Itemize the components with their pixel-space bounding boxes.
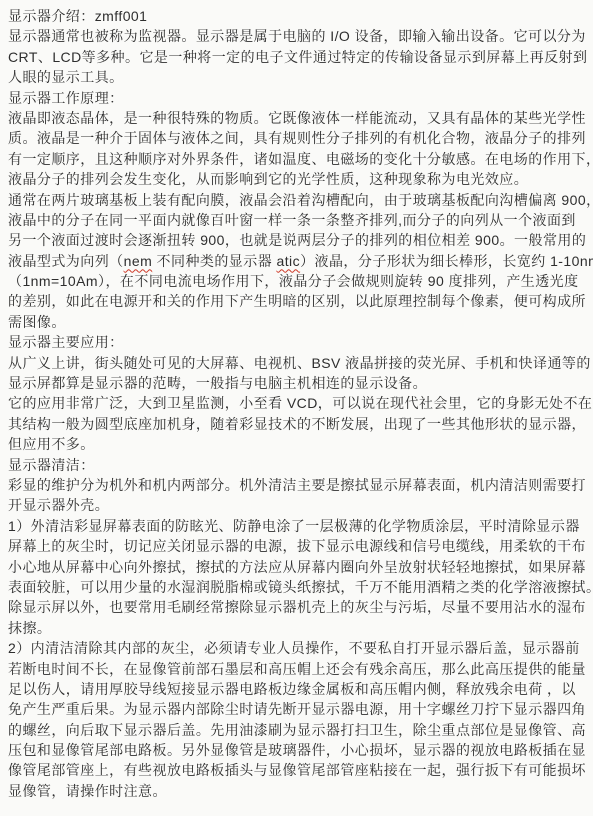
doc-line: 另一个液面过渡时会逐渐扭转 900，也就是说两层分子的排列的相位相差 900。一… (8, 230, 587, 250)
doc-line: 需图像。 (8, 312, 587, 332)
doc-line: 显示器介绍：zmff001 (8, 6, 587, 26)
document-lines: 显示器介绍：zmff001显示器通常也被称为监视器。显示器是属于电脑的 I/O … (8, 6, 587, 801)
doc-line: 显示器主要应用： (8, 332, 587, 352)
doc-line: 液晶型式为向列（nem 不同种类的显示器 atic）液晶，分子形状为细长棒形，长… (8, 251, 587, 271)
doc-line: （1nm=10Am），在不同电流电场作用下，液晶分子会做规则旋转 90 度排列，… (8, 271, 587, 291)
doc-line: 抹擦。 (8, 618, 587, 638)
doc-line: 有一定顺序，且这种顺序对外界条件，诸如温度、电磁场的变化十分敏感。在电场的作用下… (8, 149, 587, 169)
doc-line: 液晶分子的排列会发生变化，从而影响到它的光学性质，这种现象称为电光效应。 (8, 169, 587, 189)
doc-line: 液晶即液态晶体，是一种很特殊的物质。它既像液体一样能流动，又具有晶体的某些光学性 (8, 108, 587, 128)
doc-line: 通常在两片玻璃基板上装有配向膜，液晶会沿着沟槽配向，由于玻璃基板配向沟槽偏离 9… (8, 190, 587, 210)
document: 显示器介绍：zmff001显示器通常也被称为监视器。显示器是属于电脑的 I/O … (0, 0, 593, 816)
doc-line: 开显示器外壳。 (8, 495, 587, 515)
doc-line: 从广义上讲，街头随处可见的大屏幕、电视机、BSV 液晶拼接的荧光屏、手机和快译通… (8, 353, 587, 373)
doc-line: CRT、LCD等多种。它是一种将一定的电子文件通过特定的传输设备显示到屏幕上再反… (8, 47, 587, 67)
doc-line: 人眼的显示工具。 (8, 67, 587, 87)
doc-line: 像管尾部管座上，有些视放电路板插头与显像管尾部管座粘接在一起，强行扳下有可能损坏 (8, 760, 587, 780)
doc-line: 但应用不多。 (8, 434, 587, 454)
doc-line: 显示器通常也被称为监视器。显示器是属于电脑的 I/O 设备，即输入输出设备。它可… (8, 26, 587, 46)
doc-line: 压包和显像管尾部电路板。另外显像管是玻璃器件，小心损坏，显示器的视放电路板插在显 (8, 740, 587, 760)
doc-line: 彩显的维护分为机外和机内两部分。机外清洁主要是擦拭显示屏幕表面，机内清洁则需要打 (8, 475, 587, 495)
doc-line: 1）外清洁彩显屏幕表面的防眩光、防静电涂了一层极薄的化学物质涂层，平时清除显示器 (8, 516, 587, 536)
doc-line: 显示器工作原理： (8, 88, 587, 108)
doc-line: 液晶中的分子在同一平面内就像百叶窗一样一条一条整齐排列,而分子的向列从一个液面到 (8, 210, 587, 230)
doc-line: 屏幕上的灰尘时，切记应关闭显示器的电源，拔下显示电源线和信号电缆线，用柔软的干布 (8, 536, 587, 556)
doc-line: 显像管，请操作时注意。 (8, 781, 587, 801)
doc-line: 显示屏都算是显示器的范畴，一般指与电脑主机相连的显示设备。 (8, 373, 587, 393)
doc-line: 2）内清洁清除其内部的灰尘，必须请专业人员操作，不要私自打开显示器后盖，显示器前 (8, 638, 587, 658)
doc-line: 小心地从屏幕中心向外擦拭，擦拭的方法应从屏幕内圈向外呈放射状轻轻地擦拭，如果屏幕 (8, 557, 587, 577)
doc-line: 其结构一般为圆型底座加机身，随着彩显技术的不断发展，出现了一些其他形状的显示器， (8, 414, 587, 434)
doc-line: 的螺丝，向后取下显示器后盖。先用油漆刷为显示器打扫卫生，除尘重点部位是显像管、高 (8, 720, 587, 740)
doc-line: 显示器清洁： (8, 455, 587, 475)
doc-line: 表面较脏，可以用少量的水湿润脱脂棉或镜头纸擦拭，千万不能用酒精之类的化学溶液擦拭… (8, 577, 587, 597)
doc-line: 质。液晶是一种介于固体与液体之间，具有规则性分子排列的有机化合物，液晶分子的排列 (8, 128, 587, 148)
doc-line: 若断电时间不长，在显像管前部石墨层和高压帽上还会有残余高压，那么此高压提供的能量 (8, 659, 587, 679)
doc-line: 的差别，如此在电源开和关的作用下产生明暗的区别，以此原理控制每个像素，便可构成所 (8, 291, 587, 311)
doc-line: 免产生严重后果。为显示器内部除尘时请先断开显示器电源，用十字螺丝刀拧下显示器四角 (8, 699, 587, 719)
doc-line: 它的应用非常广泛，大到卫星监测，小至看 VCD，可以说在现代社会里，它的身影无处… (8, 393, 587, 413)
misspelled-word: nem (124, 253, 153, 269)
doc-line: 足以伤人，请用厚胶导线短接显示器电路板边缘金属板和高压帽内侧，释放残余电荷 ，以 (8, 679, 587, 699)
misspelled-word: atic (276, 253, 300, 269)
doc-line: 除显示屏以外，也要常用毛刷经常擦除显示器机壳上的灰尘与污垢，尽量不要用沾水的湿布 (8, 597, 587, 617)
